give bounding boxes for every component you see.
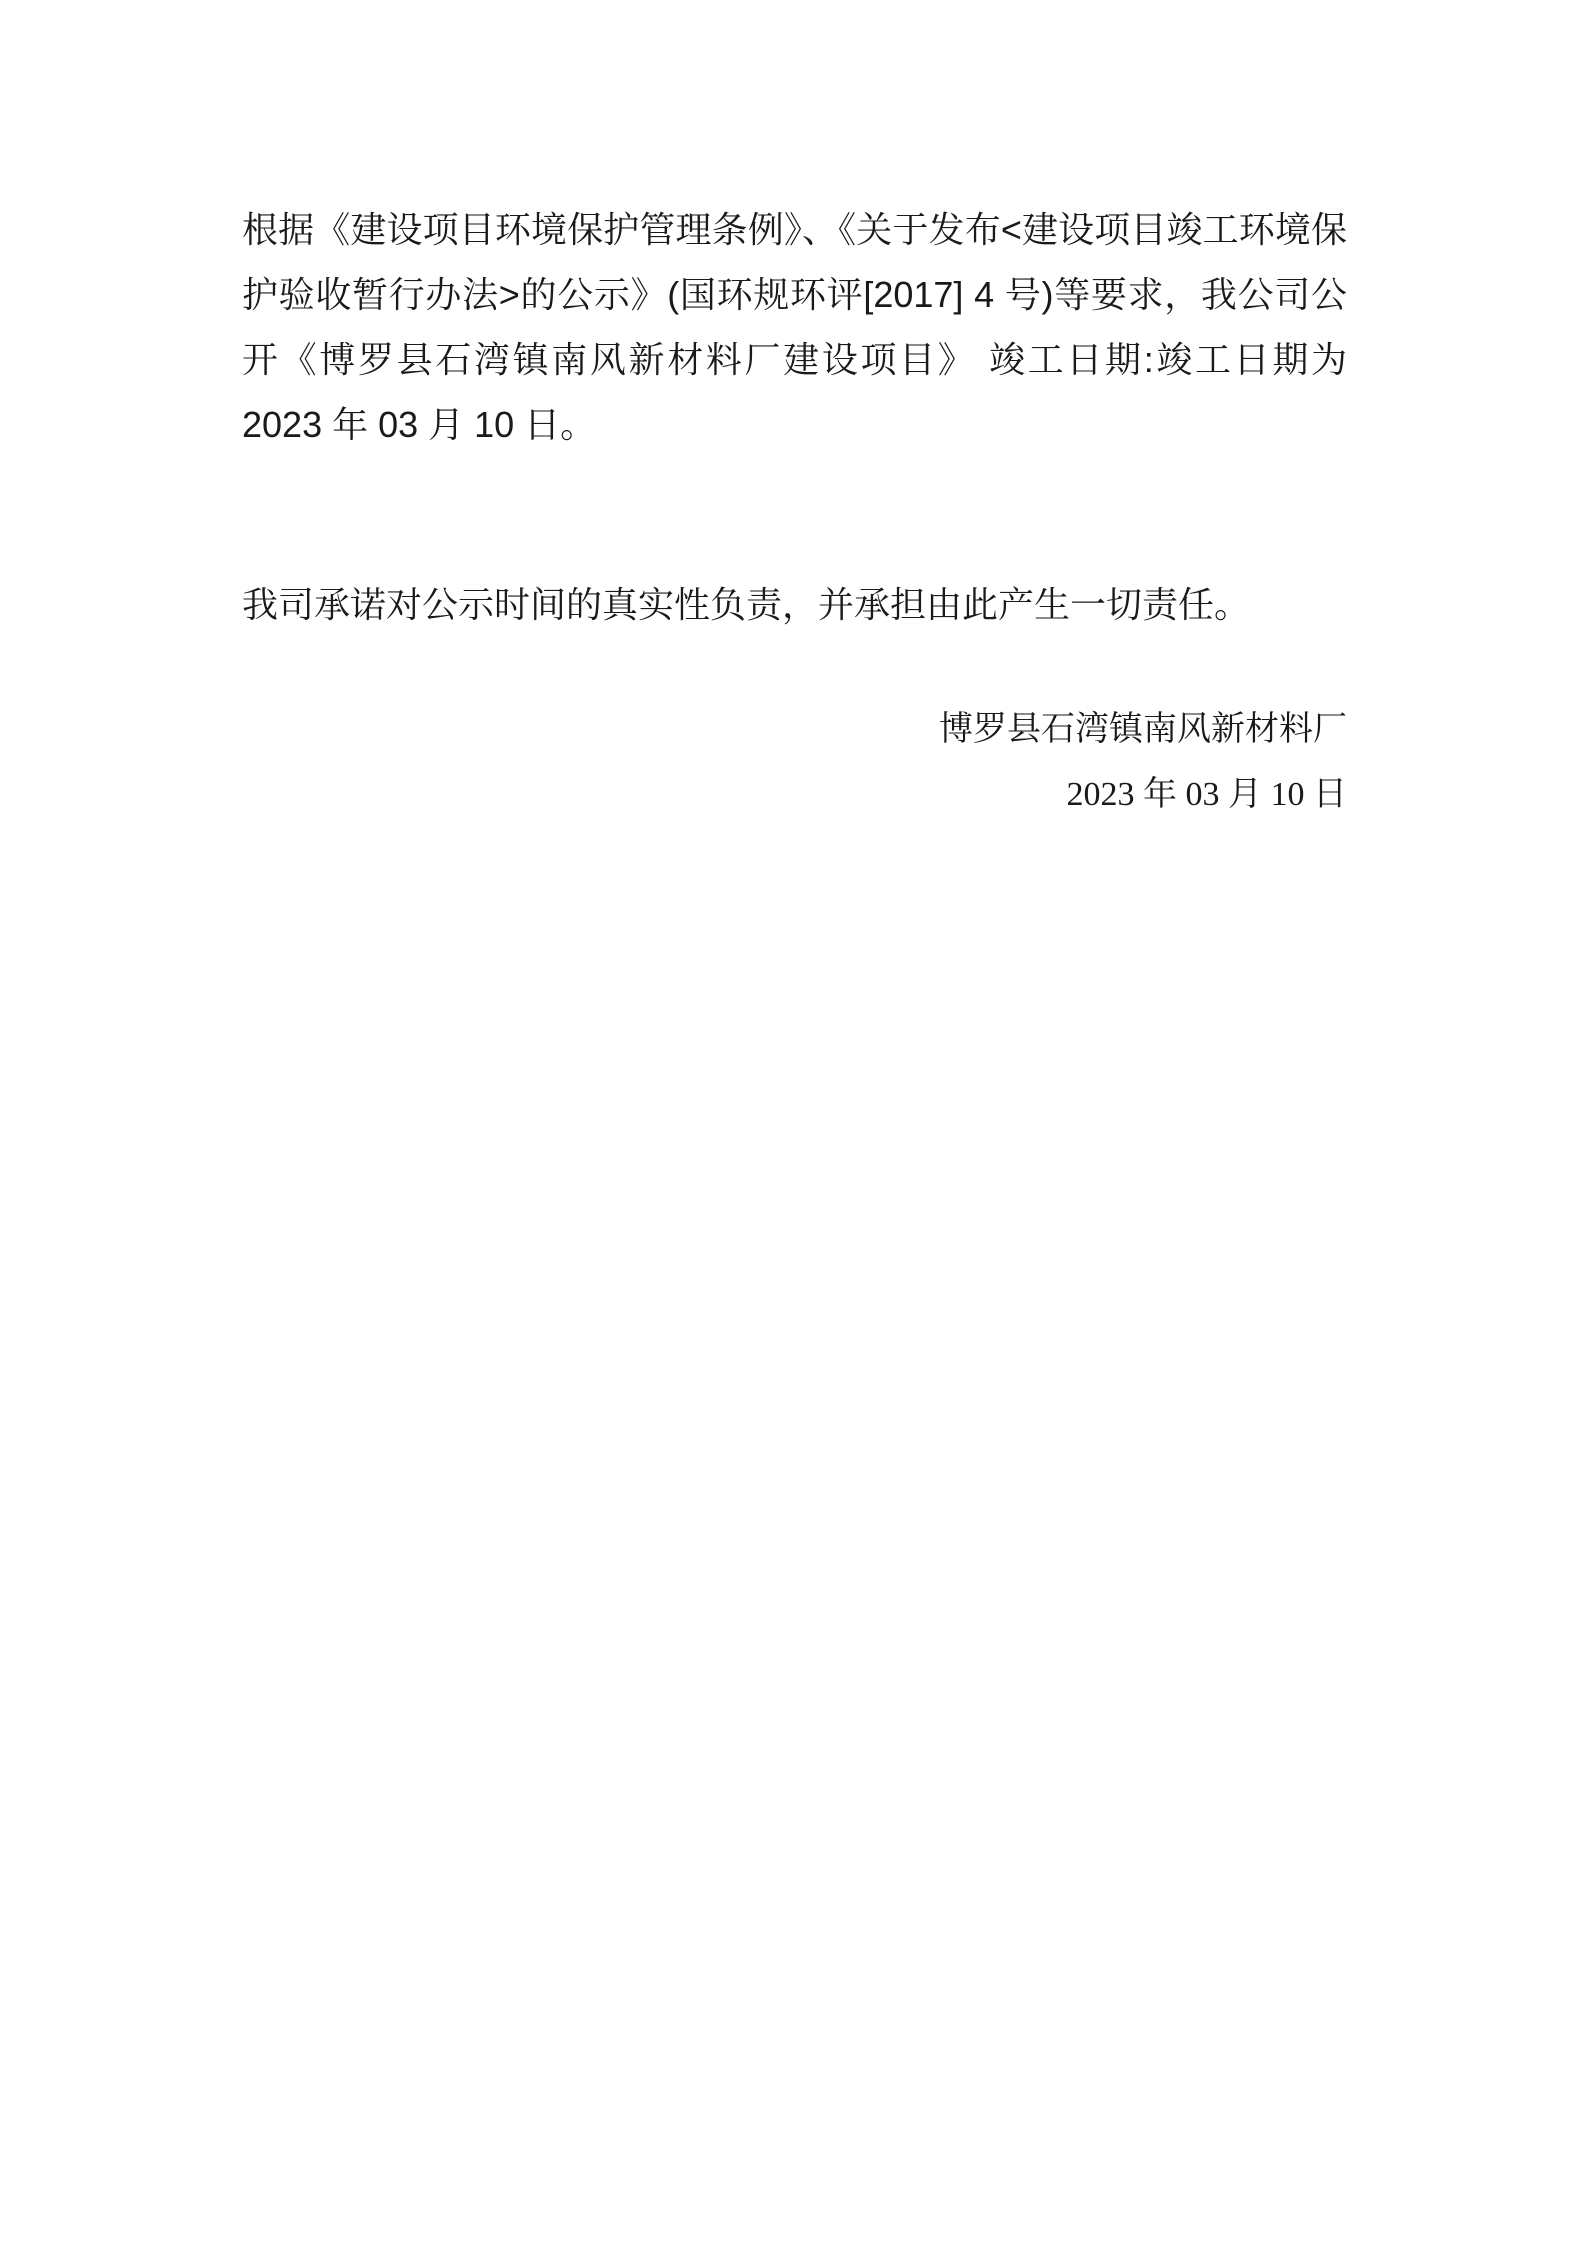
paragraph-commitment: 我司承诺对公示时间的真实性负责，并承担由此产生一切责任。 (242, 572, 1347, 637)
paragraph-legal-basis: 根据《建设项目环境保护管理条例》、《关于发布<建设项目竣工环境保护验收暂行办法>… (242, 197, 1347, 457)
signature-date: 2023 年 03 月 10 日 (242, 762, 1347, 827)
document-page: 根据《建设项目环境保护管理条例》、《关于发布<建设项目竣工环境保护验收暂行办法>… (0, 0, 1587, 2245)
signature-company-name: 博罗县石湾镇南风新材料厂 (242, 697, 1347, 762)
